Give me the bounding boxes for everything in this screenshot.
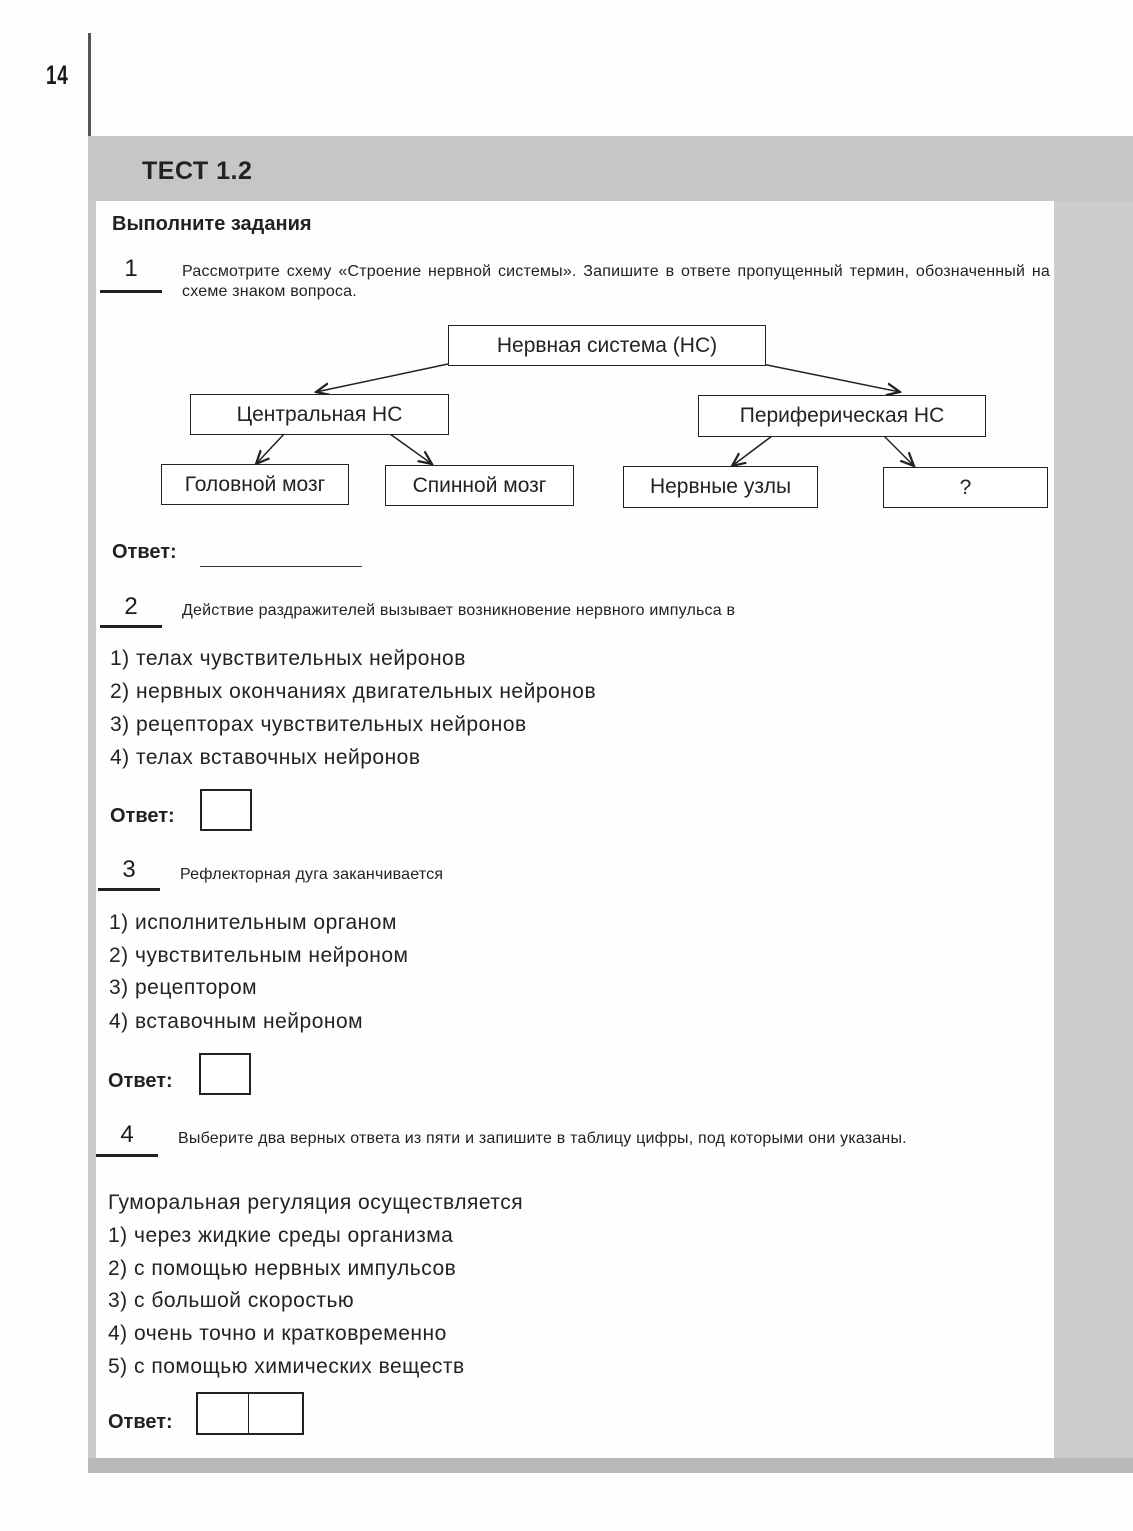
task-3-option-1: 1) исполнительным органом	[109, 911, 397, 935]
nervous-system-diagram: Нервная система (НС) Центральная НС Пери…	[96, 201, 1054, 521]
task-3-number-underline	[98, 888, 160, 891]
task-3-answer-box[interactable]	[199, 1053, 251, 1095]
task-3-option-2: 2) чувствительным нейроном	[109, 944, 408, 968]
task-1-answer-label: Ответ:	[112, 541, 177, 564]
task-2-option-4: 4) телах вставочных нейронов	[110, 746, 421, 770]
task-1-answer-line[interactable]	[200, 566, 362, 567]
task-2-option-3: 3) рецепторах чувствительных нейронов	[110, 713, 527, 737]
test-frame: ТЕСТ 1.2 Выполните задания 1 Рассмотрите…	[88, 136, 1133, 1473]
task-3-number: 3	[98, 856, 160, 884]
task-4-number-underline	[96, 1154, 158, 1157]
diagram-node-brain: Головной мозг	[161, 464, 349, 505]
task-3-text: Рефлекторная дуга заканчивается	[180, 865, 443, 885]
diagram-node-central-ns: Центральная НС	[190, 394, 449, 435]
task-4-answer-cell-2[interactable]	[250, 1394, 302, 1433]
task-4-option-5: 5) с помощью химических веществ	[108, 1355, 465, 1379]
task-3-option-3: 3) рецептором	[109, 976, 257, 1000]
task-2-option-2: 2) нервных окончаниях двигательных нейро…	[110, 680, 596, 704]
diagram-node-unknown: ?	[883, 467, 1048, 508]
task-4-option-2: 2) с помощью нервных импульсов	[108, 1257, 456, 1281]
task-2-option-1: 1) телах чувствительных нейронов	[110, 647, 466, 671]
bottom-border-band	[88, 1458, 1133, 1473]
task-2-answer-box[interactable]	[200, 789, 252, 831]
task-3-option-4: 4) вставочным нейроном	[109, 1010, 363, 1034]
diagram-node-nervous-system: Нервная система (НС)	[448, 325, 766, 366]
diagram-node-ganglia: Нервные узлы	[623, 466, 818, 508]
task-4-option-4: 4) очень точно и кратковременно	[108, 1322, 447, 1346]
task-2-answer-label: Ответ:	[110, 805, 175, 828]
right-border-band	[1054, 201, 1133, 1458]
task-4-answer-cell-1[interactable]	[198, 1394, 249, 1433]
task-4-option-1: 1) через жидкие среды организма	[108, 1224, 453, 1248]
task-4-text: Выберите два верных ответа из пяти и зап…	[178, 1129, 1044, 1149]
test-title: ТЕСТ 1.2	[142, 157, 252, 186]
task-2-number-underline	[100, 625, 162, 628]
diagram-node-peripheral-ns: Периферическая НС	[698, 395, 986, 437]
task-4-answer-table	[196, 1392, 304, 1435]
test-content: Выполните задания 1 Рассмотрите схему «С…	[96, 201, 1054, 1458]
task-3-answer-label: Ответ:	[108, 1070, 173, 1093]
task-4-option-3: 3) с большой скоростью	[108, 1289, 354, 1313]
task-4-stem: Гуморальная регуляция осуществляется	[108, 1191, 523, 1215]
page-margin-rule	[88, 33, 91, 136]
task-4-answer-label: Ответ:	[108, 1411, 173, 1434]
page-number: 14	[46, 60, 68, 91]
task-4-number: 4	[96, 1121, 158, 1149]
diagram-node-spinal-cord: Спинной мозг	[385, 465, 574, 506]
task-2-number: 2	[100, 593, 162, 621]
test-header-band: ТЕСТ 1.2	[88, 136, 1133, 201]
task-2-text: Действие раздражителей вызывает возникно…	[182, 601, 735, 621]
